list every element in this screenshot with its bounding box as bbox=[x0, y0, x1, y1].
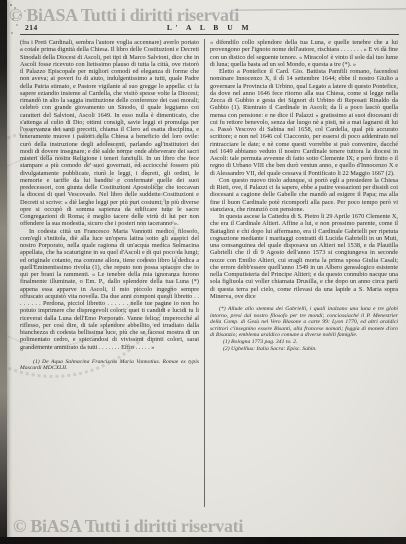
left-column: (fra i Preti Cardinali, sembra l'autore … bbox=[20, 39, 199, 521]
footnote: (*) Allude allo stemma dei Gabrielli, i … bbox=[210, 306, 398, 339]
paragraph: (fra i Preti Cardinali, sembra l'autore … bbox=[20, 39, 199, 228]
text-columns: (fra i Preti Cardinali, sembra l'autore … bbox=[20, 39, 399, 521]
paragraph: Con questo nuovo titolo adunque, si port… bbox=[210, 177, 398, 213]
header-rule bbox=[20, 34, 399, 35]
right-column: « difendilo collo splendore della tua Lu… bbox=[210, 39, 398, 521]
journal-title: L' A L B U M bbox=[20, 23, 399, 32]
scan-noise-specks bbox=[10, 4, 12, 6]
page-number: 214 bbox=[25, 23, 38, 32]
scan-edge-left bbox=[0, 0, 7, 544]
footnote: (2) Ughellius: Italia Sacra: Episc. Sabi… bbox=[210, 346, 398, 353]
page-content: 214 L' A L B U M (fra i Preti Cardinali,… bbox=[20, 23, 399, 521]
page-header: 214 L' A L B U M bbox=[20, 23, 399, 34]
paragraph: Eletto a Pontefice il Card. Gio. Battist… bbox=[210, 68, 398, 177]
scanned-page: 214 L' A L B U M (fra i Preti Cardinali,… bbox=[0, 0, 406, 544]
paragraph: « difendilo collo splendore della tua Lu… bbox=[210, 39, 398, 68]
scan-edge-top bbox=[231, 8, 406, 10]
footnote: (1) De Aqua Salmacina Franciscus Maria V… bbox=[20, 359, 199, 372]
scan-edge-bottom bbox=[0, 537, 406, 544]
column-divider bbox=[204, 39, 205, 507]
paragraph: In questa ascese la Cattedra di S. Pietr… bbox=[210, 213, 398, 300]
paragraph: In codesta città un Francesco Maria Vann… bbox=[20, 228, 199, 351]
footnote: (1) Bologna 1773 pag. 341 to. 2. bbox=[210, 339, 398, 346]
